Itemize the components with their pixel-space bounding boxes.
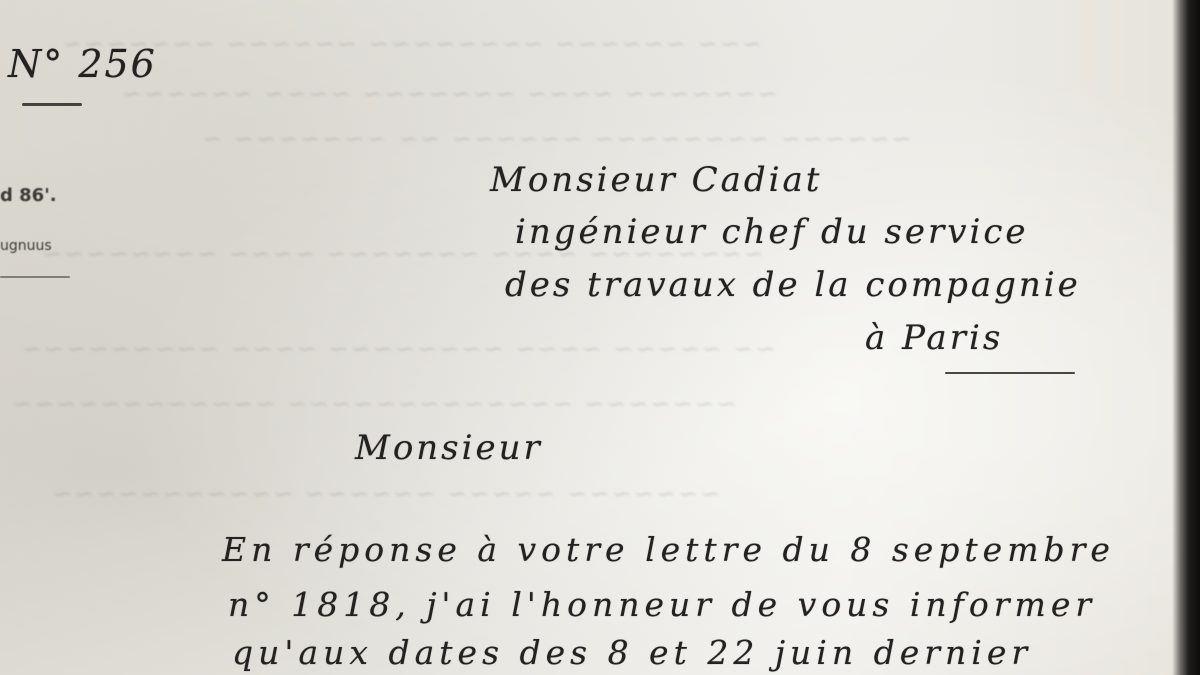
salutation: Monsieur [355, 428, 543, 468]
bleed-through-text: ~~~~~~ ~~~~~~~~ ~~~~~~ ~~ ~~~~~~~ ~ [200, 125, 911, 153]
city-underline [945, 372, 1075, 374]
bleed-through-text: ~~~~~~~ ~~~~~ ~~~~~~ ~~~~~~~~~~~ [50, 480, 720, 508]
margin-underline [0, 276, 70, 278]
bleed-through-text: ~~~~~~~ ~~~~ ~~~~~~~ ~~~~ ~~~~~~ [120, 80, 778, 108]
body-line: qu'aux dates des 8 et 22 juin dernier [232, 633, 1032, 672]
margin-printed-label: d 86'. [0, 185, 57, 206]
address-line-recipient: Monsieur Cadiat [490, 160, 822, 200]
reference-number: N° 256 [8, 42, 157, 86]
address-line-city: à Paris [865, 318, 1003, 358]
body-line: En réponse à votre lettre du 8 septembre [222, 530, 1115, 569]
reference-underline [22, 103, 82, 106]
bleed-through-text: ~~~ ~~~~~~ ~~~~~~~~ ~~~~~~ ~~~~~~~ [60, 30, 762, 58]
address-line-department: des travaux de la compagnie [505, 265, 1081, 305]
bleed-through-text: ~~~~~~~ ~~~~~~~~~~~~~ ~~~~~~~~~~~~ [10, 390, 737, 418]
margin-printed-label: ugnuus [0, 238, 52, 254]
address-line-title: ingénieur chef du service [515, 212, 1029, 252]
scanned-letter-page: ~~~ ~~~~~~ ~~~~~~~~ ~~~~~~ ~~~~~~~ ~~~~~… [0, 0, 1200, 675]
binding-edge [1172, 0, 1200, 675]
bleed-through-text: ~~ ~~~~~ ~~~~ ~~~~~~~~ ~~~~ ~~~~~~~~~ [20, 335, 776, 363]
body-line: n° 1818, j'ai l'honneur de vous informer [228, 585, 1096, 624]
